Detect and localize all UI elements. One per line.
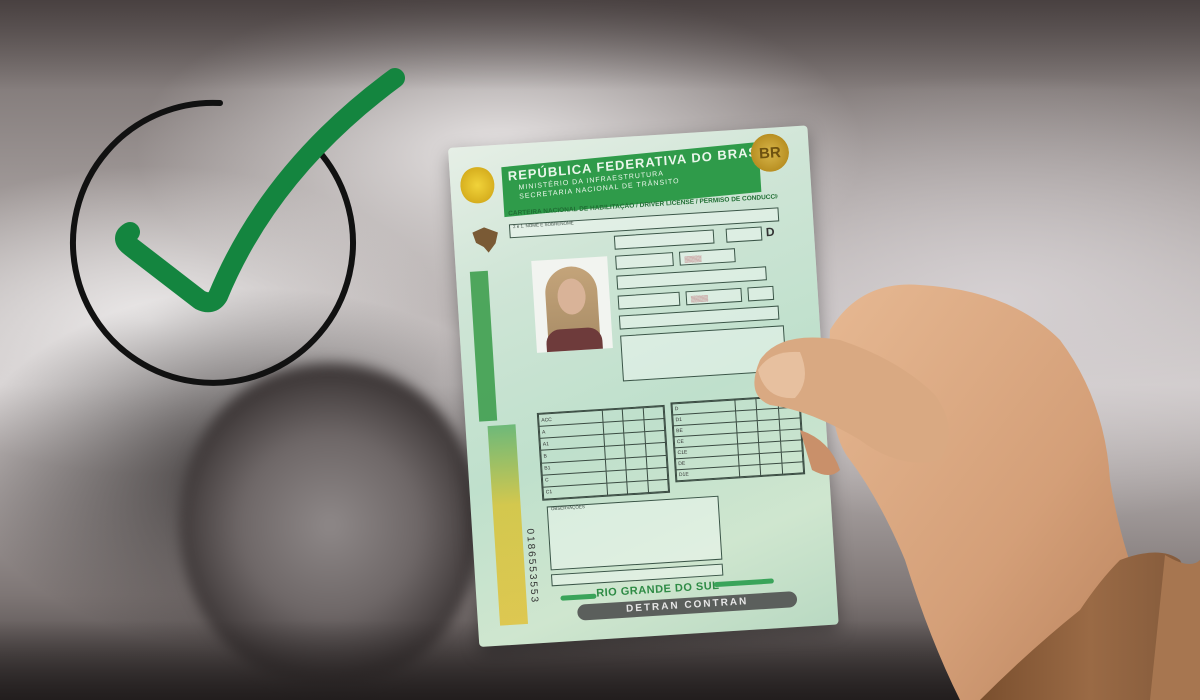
hand [0,0,1200,700]
